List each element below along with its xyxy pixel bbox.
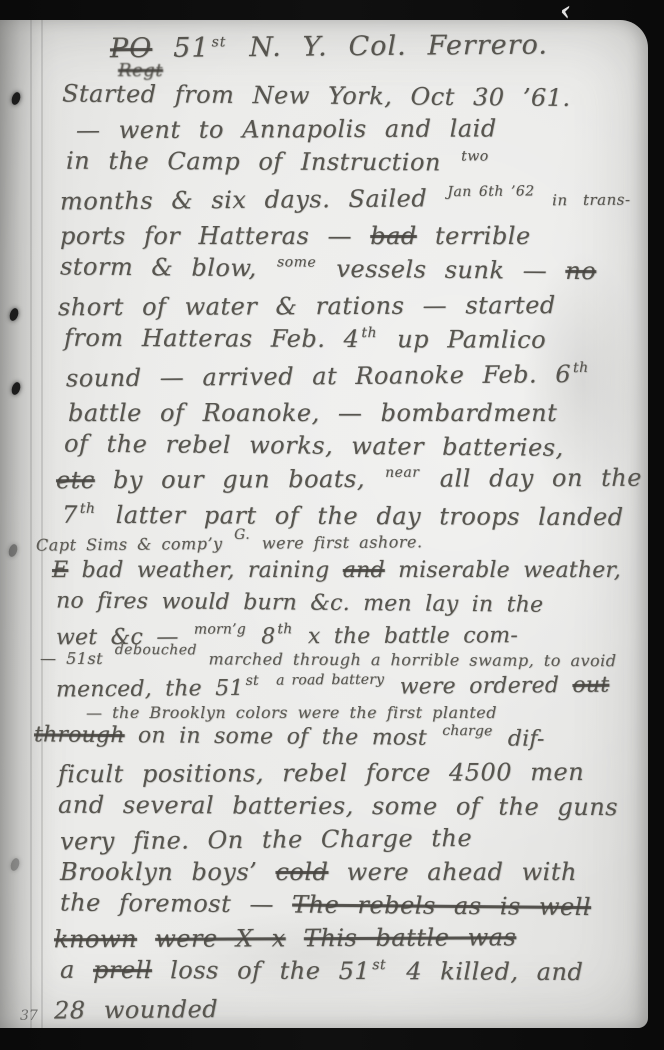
handwritten-text: of the rebel works, water batteries, <box>64 429 564 461</box>
handwritten-text: vessels sunk — <box>318 255 565 285</box>
manuscript-line: battle of Roanoke, — bombardment <box>68 397 640 430</box>
handwritten-text: short of water & rations — started <box>58 291 556 321</box>
handwritten-text: from Hatteras Feb. 4 <box>64 324 359 353</box>
manuscript-line: storm & blow, some vessels sunk — no <box>60 250 640 292</box>
handwritten-text: — went to Annapolis and laid <box>76 114 497 144</box>
handwritten-text: marched through a horrible swamp, to avo… <box>199 649 617 670</box>
handwritten-text <box>137 925 155 953</box>
handwritten-text: st <box>211 34 226 50</box>
handwritten-text: were first ashore. <box>252 532 422 552</box>
stitch-mark <box>10 91 22 106</box>
handwritten-text: months & six days. Sailed <box>60 184 446 215</box>
manuscript-line: from Hatteras Feb. 4th up Pamlico <box>64 322 640 362</box>
handwritten-text: Brooklyn boys’ <box>60 858 275 886</box>
handwritten-text: st <box>245 673 258 689</box>
manuscript-line: no fires would burn &c. men lay in the <box>56 584 640 622</box>
handwritten-text: 4 killed, and <box>388 957 583 986</box>
struck-text: bad <box>370 222 417 250</box>
handwritten-text: up Pamlico <box>379 325 546 354</box>
struck-text: This battle was <box>304 923 517 952</box>
handwritten-text: near <box>385 465 419 481</box>
handwritten-text: bad weather, raining <box>68 558 343 583</box>
handwritten-text: by our gun boats, <box>95 465 383 494</box>
handwritten-text: the foremost — <box>60 888 292 918</box>
handwritten-text: sound — arrived at Roanoke Feb. 6 <box>66 360 571 392</box>
handwritten-text: 28 wounded <box>54 995 218 1024</box>
manuscript-line: etc by our gun boats, near all day on th… <box>56 462 640 502</box>
manuscript-line: Brooklyn boys’ cold were ahead with <box>60 856 640 889</box>
handwritten-text: and several batteries, some of the guns <box>58 791 618 821</box>
handwritten-text: th <box>80 501 96 517</box>
gutter-crease <box>41 20 43 1028</box>
handwritten-text: very fine. On the Charge the <box>60 824 472 856</box>
struck-text: cold <box>275 858 328 886</box>
manuscript-line: of the rebel works, water batteries, <box>64 427 640 465</box>
handwritten-text: on in some of the most <box>125 723 441 751</box>
manuscript-line: Capt Sims & comp’y G. were first ashore. <box>36 530 640 556</box>
manuscript-lines: PO 51st N. Y. Col. Ferrero.RegtStarted f… <box>52 28 640 1025</box>
manuscript-line: E bad weather, raining and miserable wea… <box>52 554 640 587</box>
handwritten-text: th <box>573 360 589 376</box>
stitch-mark <box>9 857 21 872</box>
manuscript-line: Started from New York, Oct 30 ’61. <box>62 77 640 115</box>
stitch-mark <box>8 307 20 322</box>
handwritten-text: all day on the <box>421 464 642 493</box>
manuscript-page: PO 51st N. Y. Col. Ferrero.RegtStarted f… <box>0 20 648 1028</box>
struck-text: known <box>54 925 137 953</box>
struck-text: out <box>572 673 609 698</box>
handwritten-text: Started from New York, Oct 30 ’61. <box>62 79 571 111</box>
microfilm-photo: ‹ PO 51st N. Y. Col. Ferrero.RegtStarted… <box>0 0 664 1050</box>
struck-text: no <box>565 257 596 285</box>
handwritten-text: some <box>277 254 316 270</box>
handwritten-text: were ahead with <box>328 858 577 886</box>
struck-text: and <box>343 558 385 583</box>
handwritten-text: x the battle com- <box>294 623 518 649</box>
handwritten-text: Jan 6th ’62 <box>447 183 535 200</box>
struck-text: prell <box>93 956 152 984</box>
manuscript-line: a prell loss of the 51st 4 killed, and <box>60 954 640 994</box>
handwritten-text: th <box>361 325 377 341</box>
manuscript-line: known were X x This battle was <box>54 921 640 957</box>
struck-text: etc <box>56 466 95 494</box>
handwritten-text: th <box>277 621 292 637</box>
manuscript-line: very fine. On the Charge the <box>60 820 640 858</box>
manuscript-line: — went to Annapolis and laid <box>76 112 640 147</box>
manuscript-line: through on in some of the most charge di… <box>34 718 640 759</box>
handwritten-text: terrible <box>417 222 531 250</box>
handwritten-text: debouched <box>115 642 197 658</box>
handwritten-text: miserable weather, <box>385 558 621 583</box>
handwritten-text: were ordered <box>386 673 572 700</box>
manuscript-line: sound — arrived at Roanoke Feb. 6th <box>66 357 640 399</box>
handwritten-text: in the Camp of Instruction <box>66 147 459 177</box>
handwritten-text: no fires would burn &c. men lay in the <box>56 588 544 617</box>
manuscript-line: months & six days. Sailed Jan 6th ’62 in… <box>60 180 640 222</box>
handwritten-text: ports for Hatteras — <box>60 222 370 250</box>
handwritten-text: battle of Roanoke, — bombardment <box>68 399 557 427</box>
handwritten-text: menced, the 51 <box>56 676 244 703</box>
struck-text: E <box>52 558 68 583</box>
handwritten-text: a road battery <box>276 672 384 689</box>
handwritten-text: a <box>60 956 93 984</box>
handwritten-text: Capt Sims & comp’y <box>36 534 232 555</box>
handwritten-text: ficult positions, rebel force 4500 men <box>58 758 584 788</box>
stitch-mark <box>10 381 22 396</box>
handwritten-text: storm & blow, <box>60 252 275 282</box>
gutter-crease <box>30 20 32 1028</box>
handwritten-text <box>286 924 304 952</box>
handwritten-text: — 51st <box>40 649 113 668</box>
handwritten-text: in trans- <box>537 191 631 210</box>
handwritten-text: st <box>372 957 386 973</box>
handwritten-text: 7 <box>62 501 78 529</box>
handwritten-text: dif- <box>494 726 544 751</box>
handwritten-text <box>261 676 275 701</box>
manuscript-line: ficult positions, rebel force 4500 men <box>58 756 640 792</box>
struck-text: through <box>34 722 125 748</box>
handwritten-text: loss of the 51 <box>152 956 370 985</box>
stitch-mark <box>7 543 19 558</box>
page-number: 37 <box>20 1008 38 1024</box>
manuscript-line: short of water & rations — started <box>58 289 640 325</box>
struck-text: were X x <box>155 924 286 953</box>
manuscript-line: in the Camp of Instruction two <box>66 145 640 185</box>
struck-text: The rebels as is well <box>292 890 591 921</box>
handwritten-text: morn’g <box>194 621 246 637</box>
handwritten-text: 8 <box>248 624 276 649</box>
manuscript-line: 28 wounded <box>54 989 640 1027</box>
handwritten-text: G. <box>234 527 250 543</box>
handwritten-text: charge <box>442 723 492 739</box>
handwritten-text: latter part of the day troops landed <box>97 501 623 531</box>
handwritten-text: N. Y. Col. Ferrero. <box>228 29 548 63</box>
binding-gutter <box>0 20 58 1028</box>
manuscript-line: ports for Hatteras — bad terrible <box>60 220 640 253</box>
manuscript-line: the foremost — The rebels as is well <box>60 886 640 924</box>
manuscript-line: Regt <box>118 62 640 80</box>
handwritten-text: two <box>461 148 489 164</box>
manuscript-line: and several batteries, some of the guns <box>58 789 640 825</box>
